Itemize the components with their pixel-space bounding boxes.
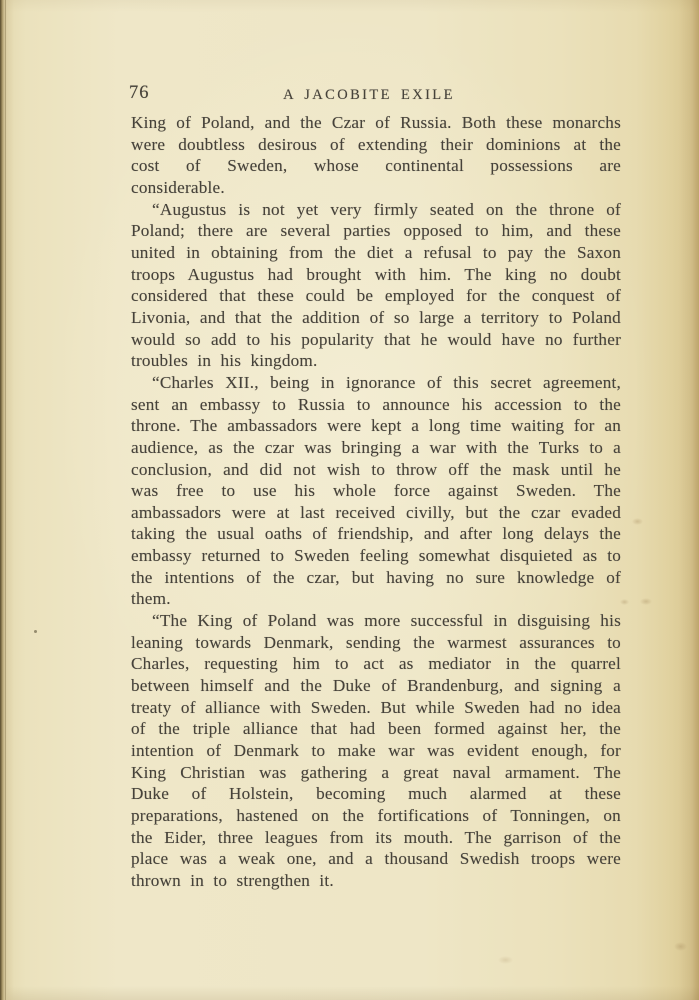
foxing-spot <box>498 956 513 964</box>
foxing-spot <box>640 598 652 605</box>
book-page-scan: 76 A JACOBITE EXILE King of Poland, and … <box>0 0 699 1000</box>
foxing-spot <box>632 518 643 525</box>
paragraph: King of Poland, and the Czar of Russia. … <box>131 112 621 199</box>
page-text: King of Poland, and the Czar of Russia. … <box>131 112 621 892</box>
paragraph: “Charles XII., being in ignorance of thi… <box>131 372 621 610</box>
page-right-edge <box>679 0 699 1000</box>
ink-speck <box>34 630 37 633</box>
page-gutter-edge <box>0 0 14 1000</box>
running-head: 76 A JACOBITE EXILE <box>131 83 621 107</box>
running-title: A JACOBITE EXILE <box>131 87 607 104</box>
foxing-spot <box>620 599 629 605</box>
paragraph: “The King of Poland was more successful … <box>131 610 621 892</box>
foxing-spot <box>674 942 687 951</box>
paragraph: “Augustus is not yet very firmly seated … <box>131 199 621 372</box>
